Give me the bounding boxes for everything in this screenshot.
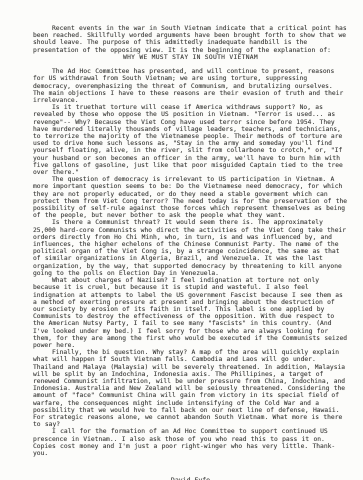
paragraph-torture: Is it truethat torture will cease if Ame… xyxy=(33,104,348,176)
paragraph-communist-threat: Is there a Communist threat? It would se… xyxy=(33,219,348,277)
paragraph-why-stay: Finally, the bi question. Why stay? A ma… xyxy=(33,349,348,428)
paragraph-intro: Recent events in the war in South Vietna… xyxy=(33,25,348,54)
document-text-block: Recent events in the war in South Vietna… xyxy=(33,25,348,480)
paragraph-democracy: The question of democracy is irrelevant … xyxy=(33,176,348,219)
document-heading: WHY WE MUST STAY IN SOUTH VIETNAM xyxy=(33,54,348,61)
document-page: Recent events in the war in South Vietna… xyxy=(0,0,363,480)
paragraph-ad-hoc-committee: The Ad Hoc Committee has presented, and … xyxy=(33,68,348,104)
paragraph-call-to-action: I call for the formation of an Ad Hoc Co… xyxy=(33,428,348,457)
paragraph-naziism: What about charges of Naziism? I feel in… xyxy=(33,277,348,349)
